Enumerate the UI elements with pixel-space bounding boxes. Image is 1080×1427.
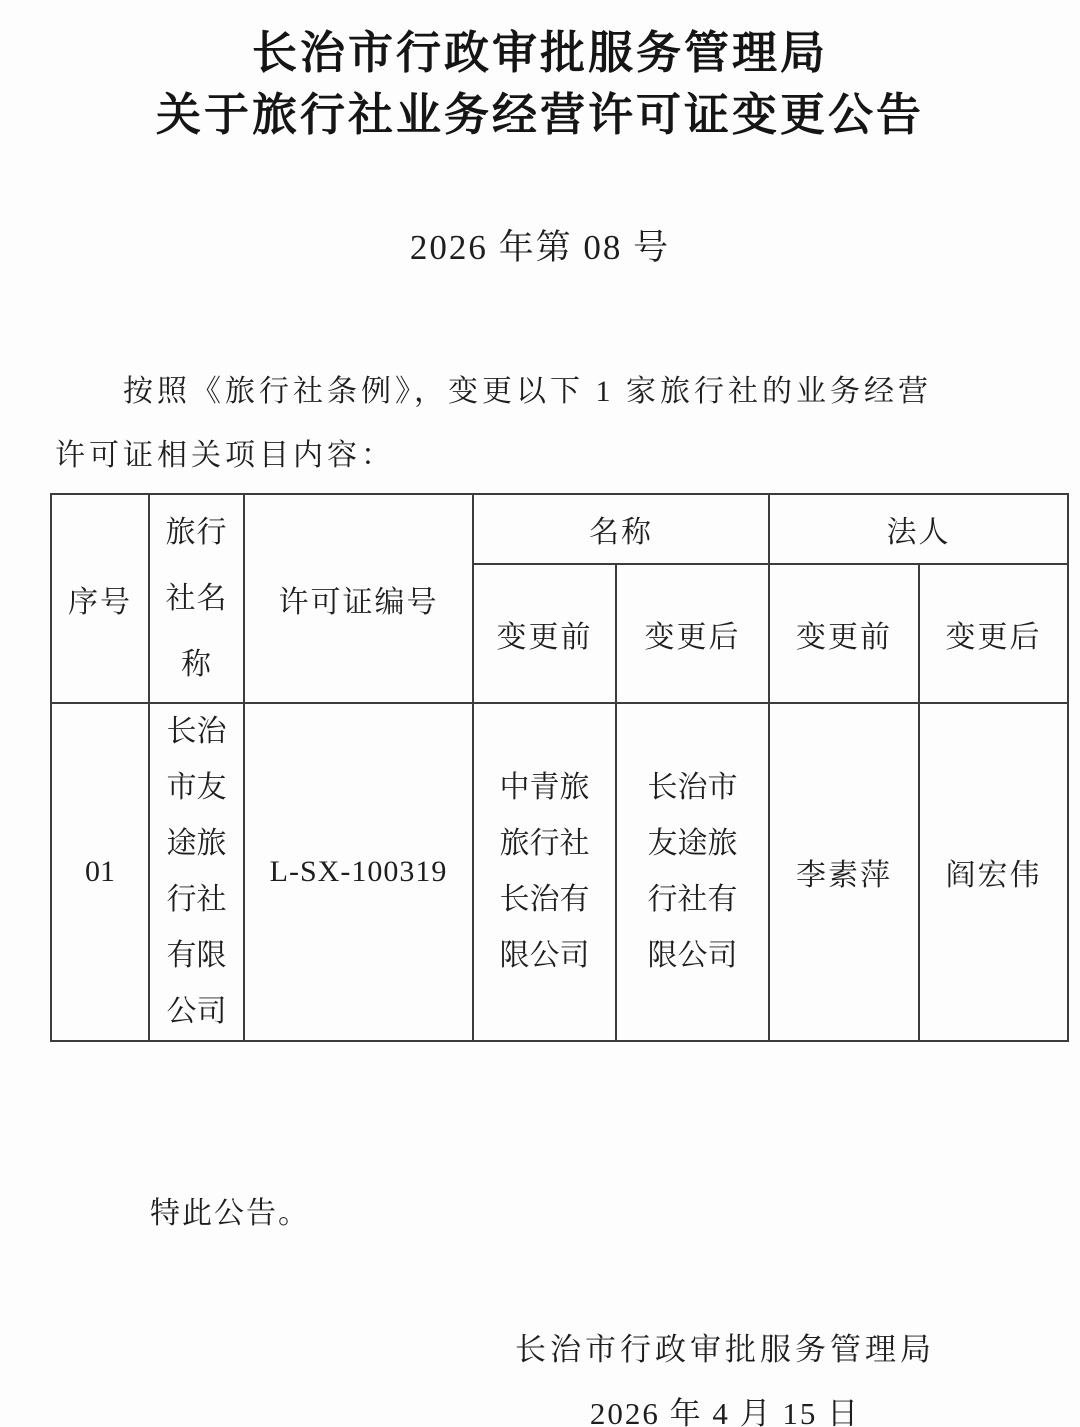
cell-name-after: 长治市友途旅行社有限公司 [616, 703, 769, 1041]
header-group-legal-person: 法人 [769, 494, 1068, 564]
table-row: 01 长治市友途旅行社有限公司 L-SX-100319 中青旅旅行社长治有限公司… [51, 703, 1068, 1041]
issuing-authority: 长治市行政审批服务管理局 [510, 1328, 940, 1372]
header-legal-after: 变更后 [919, 564, 1068, 703]
header-name-before: 变更前 [473, 564, 616, 703]
cell-name-before: 中青旅旅行社长治有限公司 [473, 703, 616, 1041]
body-line-2: 许可证相关项目内容： [55, 424, 1030, 488]
title-line-1: 长治市行政审批服务管理局 [0, 22, 1080, 84]
header-group-name: 名称 [473, 494, 769, 564]
closing-statement: 特此公告。 [150, 1194, 1080, 1234]
cell-legal-after: 阎宏伟 [919, 703, 1068, 1041]
body-line-1: 按照《旅行社条例》，变更以下 1 家旅行社的业务经营 [55, 360, 1030, 424]
header-license-no: 许可证编号 [244, 494, 473, 703]
license-change-table: 序号 旅行社名称 许可证编号 名称 法人 变更前 变更后 变更前 变更后 01 … [50, 493, 1069, 1042]
header-serial: 序号 [51, 494, 149, 703]
signature-block: 长治市行政审批服务管理局 2026 年 4 月 15 日 [510, 1328, 940, 1427]
cell-license-no: L-SX-100319 [244, 703, 473, 1041]
body-paragraph: 按照《旅行社条例》，变更以下 1 家旅行社的业务经营 许可证相关项目内容： [55, 360, 1030, 488]
header-agency-name: 旅行社名称 [149, 494, 244, 703]
document-number: 2026 年第 08 号 [0, 224, 1080, 272]
title-line-2: 关于旅行社业务经营许可证变更公告 [0, 84, 1080, 146]
cell-serial: 01 [51, 703, 149, 1041]
cell-agency-name: 长治市友途旅行社有限公司 [149, 703, 244, 1041]
header-name-after: 变更后 [616, 564, 769, 703]
announcement-document: 长治市行政审批服务管理局 关于旅行社业务经营许可证变更公告 2026 年第 08… [0, 0, 1080, 1427]
cell-legal-before: 李素萍 [769, 703, 919, 1041]
document-title: 长治市行政审批服务管理局 关于旅行社业务经营许可证变更公告 [0, 0, 1080, 146]
issue-date: 2026 年 4 月 15 日 [510, 1394, 940, 1427]
table-header-row-1: 序号 旅行社名称 许可证编号 名称 法人 [51, 494, 1068, 564]
header-legal-before: 变更前 [769, 564, 919, 703]
